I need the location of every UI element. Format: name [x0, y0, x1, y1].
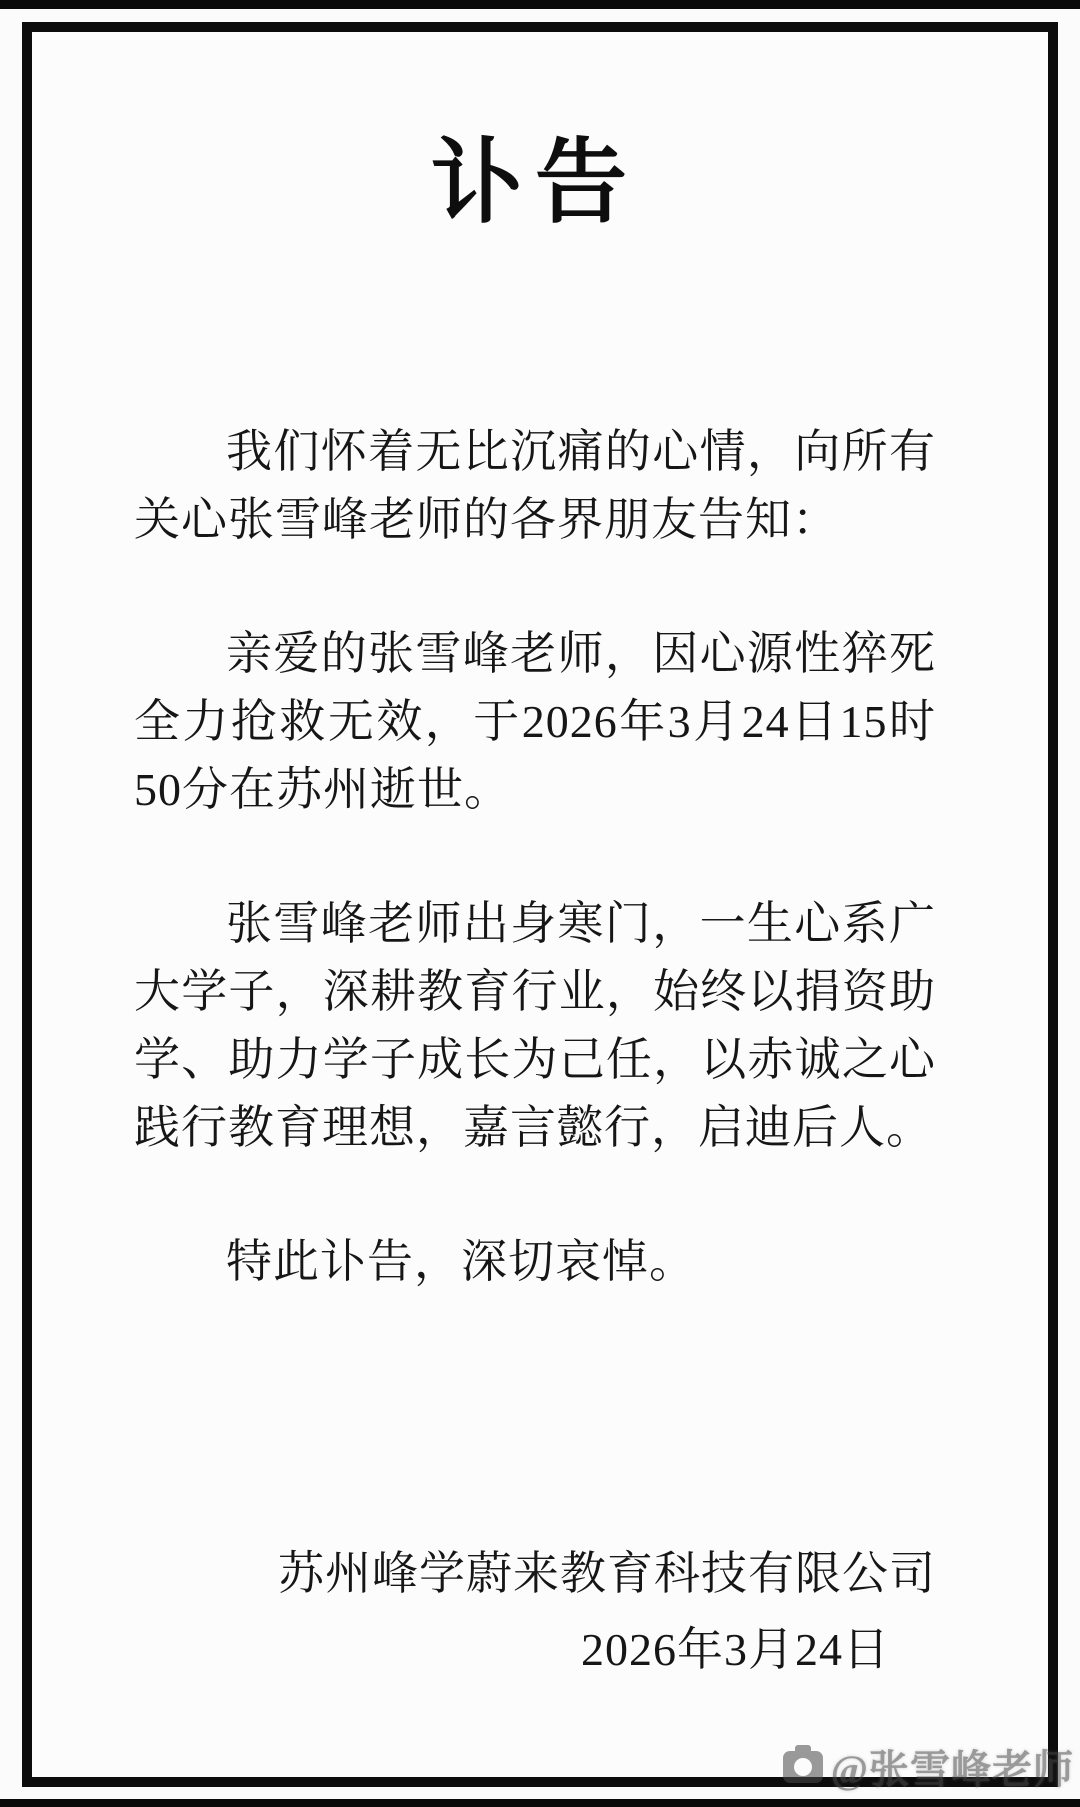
notice-paragraph-greeting: 我们怀着无比沉痛的心情，向所有关心张雪峰老师的各界朋友告知： [134, 418, 936, 554]
watermark: @张雪峰老师 [783, 1738, 1074, 1795]
notice-title: 讣告 [134, 128, 936, 238]
bottom-edge-bar [0, 1799, 1080, 1807]
signature-block: 苏州峰学蔚来教育科技有限公司 2026年3月24日 [134, 1540, 936, 1684]
obituary-page: { "page": { "title": "讣告", "paragraphs":… [0, 0, 1080, 1807]
watermark-handle: @张雪峰老师 [831, 1738, 1074, 1795]
notice-frame: 讣告 我们怀着无比沉痛的心情，向所有关心张雪峰老师的各界朋友告知： 亲爱的张雪峰… [22, 22, 1058, 1787]
top-edge-bar [0, 0, 1080, 9]
signature-company: 苏州峰学蔚来教育科技有限公司 [134, 1540, 936, 1608]
notice-paragraph-death-announcement: 亲爱的张雪峰老师，因心源性猝死全力抢救无效，于2026年3月24日15时50分在… [134, 620, 936, 824]
signature-date: 2026年3月24日 [134, 1616, 890, 1684]
notice-content: 讣告 我们怀着无比沉痛的心情，向所有关心张雪峰老师的各界朋友告知： 亲爱的张雪峰… [134, 32, 936, 1684]
camera-icon [783, 1751, 823, 1783]
notice-paragraph-eulogy: 张雪峰老师出身寒门，一生心系广大学子，深耕教育行业，始终以捐资助学、助力学子成长… [134, 890, 936, 1162]
notice-paragraph-closing: 特此讣告，深切哀悼。 [134, 1228, 936, 1296]
